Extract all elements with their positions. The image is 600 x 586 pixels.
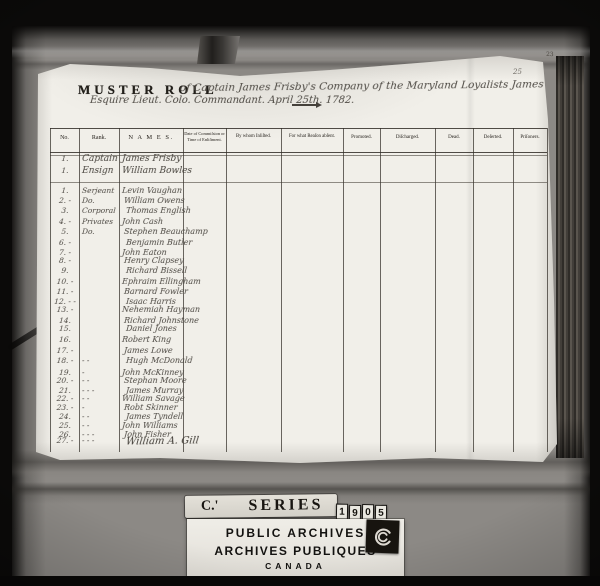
archives-monogram-icon — [365, 519, 399, 553]
row-number: 24. — [50, 413, 81, 421]
row-number: 15. — [50, 325, 81, 333]
row-name: James Tyndell — [126, 413, 184, 421]
table-column-line — [435, 128, 436, 452]
table-column-line — [547, 128, 548, 452]
column-header: Date of Commiſsion or Time of Enliſtment… — [184, 131, 225, 142]
row-number: 8. - — [50, 257, 81, 265]
book-fore-edge — [556, 56, 584, 458]
row-name: Henry Clapsey — [124, 257, 184, 265]
column-header: By whom Inliſted. — [227, 131, 280, 140]
header-rule — [50, 152, 547, 153]
column-header: N A M E S. — [120, 131, 182, 142]
row-rank: - - — [82, 422, 90, 430]
row-number: 9. — [50, 267, 81, 275]
row-name: James Frisby — [122, 155, 182, 164]
row-number: 6. - — [50, 239, 81, 247]
row-rank: - - - — [82, 437, 95, 445]
muster-table: No.Rank.N A M E S.Date of Commiſsion or … — [34, 54, 558, 466]
series-digit: 0 — [362, 504, 374, 520]
row-name: Benjamin Butler — [126, 239, 193, 247]
row-number: 1. — [50, 167, 81, 175]
column-header: Promoted. — [344, 131, 379, 141]
series-label-strip: C.' SERIES — [185, 494, 337, 518]
row-number: 17. - — [50, 347, 81, 355]
table-top-rule — [50, 128, 547, 129]
row-name: Richard Bissell — [126, 267, 188, 275]
column-header: Deſerted. — [474, 131, 512, 141]
muster-roll-page: MUSTER ROLL of Captain James Frisby's Co… — [34, 54, 558, 466]
row-number: 1. — [50, 187, 81, 195]
row-number: 11. - — [50, 288, 81, 296]
table-column-line — [473, 128, 474, 452]
row-rank: Captain — [82, 155, 118, 164]
row-name: John Cash — [122, 218, 164, 226]
table-column-line — [226, 128, 227, 452]
row-rank: Privates — [82, 218, 114, 226]
column-header: Dead. — [436, 131, 472, 141]
row-rank: - - — [82, 395, 90, 403]
film-bottom-border — [0, 576, 600, 586]
column-header: Rank. — [80, 131, 118, 142]
row-rank: - - — [82, 357, 90, 365]
table-column-line — [343, 128, 344, 452]
series-digit: 1 — [336, 504, 348, 520]
row-rank: - - — [82, 377, 90, 385]
table-column-line — [119, 128, 120, 452]
row-name: William Bowles — [122, 167, 193, 176]
row-rank: Ensign — [82, 167, 114, 176]
table-column-line — [380, 128, 381, 452]
binding-clamp — [197, 36, 240, 64]
row-name: Nehemiah Hayman — [122, 306, 201, 314]
row-name: John Williams — [122, 422, 178, 430]
row-name: Thomas English — [126, 207, 191, 215]
film-frame-number: 23 — [546, 51, 554, 58]
table-column-line — [513, 128, 514, 452]
row-name: William A. Gill — [125, 436, 199, 447]
row-name: Hugh McDonald — [126, 357, 193, 365]
series-number-tiles: 1 9 0 5 — [336, 504, 388, 521]
row-number: 22. - — [50, 395, 81, 403]
row-number: 13. - — [50, 306, 81, 314]
row-number: 27. - — [50, 437, 81, 445]
row-name: Barnard Fowler — [124, 288, 188, 296]
archives-card-line3: CANADA — [187, 561, 404, 571]
row-name: William Owens — [124, 197, 185, 205]
series-prefix-label: C.' — [201, 499, 219, 515]
column-header: Priſoners. — [514, 131, 546, 141]
row-rank: Corporal — [82, 207, 116, 215]
row-number: 2. - — [50, 197, 81, 205]
row-name: James Lowe — [124, 347, 173, 355]
row-name: Robt Skinner — [124, 404, 178, 412]
row-rank: - — [82, 404, 85, 412]
row-number: 25. — [50, 422, 81, 430]
row-number: 16. — [50, 336, 81, 344]
row-rank: Serjeant — [82, 187, 115, 195]
row-number: 5. — [50, 228, 81, 236]
row-rank: Do. — [82, 228, 95, 236]
row-number: 18. - — [50, 357, 81, 365]
row-number: 4. - — [50, 218, 81, 226]
row-number: 20. - — [50, 377, 81, 385]
row-name: Levin Vaughan — [122, 187, 183, 195]
row-rank: - - — [82, 413, 90, 421]
row-name: William Savage — [122, 395, 185, 403]
microfilm-frame: 23 MUSTER ROLL of Captain James Frisby's… — [0, 0, 600, 586]
row-number: 23. - — [50, 404, 81, 412]
row-number: 1. — [50, 155, 81, 163]
officer-separator-rule — [50, 182, 547, 183]
row-number: 10. - — [50, 278, 81, 286]
row-name: Daniel Jones — [126, 325, 177, 333]
row-rank: Do. — [82, 197, 95, 205]
row-name: Ephraim Ellingham — [122, 278, 201, 286]
column-header: Diſcharged. — [381, 131, 434, 141]
row-name: Stephan Moore — [124, 377, 187, 385]
series-word-label: SERIES — [248, 496, 323, 515]
row-name: Stephen Beauchamp — [124, 228, 208, 236]
column-header: For what Reaſon abſent. — [282, 131, 342, 140]
table-column-line — [281, 128, 282, 452]
row-name: Robert King — [122, 336, 172, 344]
column-header: No. — [51, 131, 78, 142]
row-number: 3. — [50, 207, 81, 215]
